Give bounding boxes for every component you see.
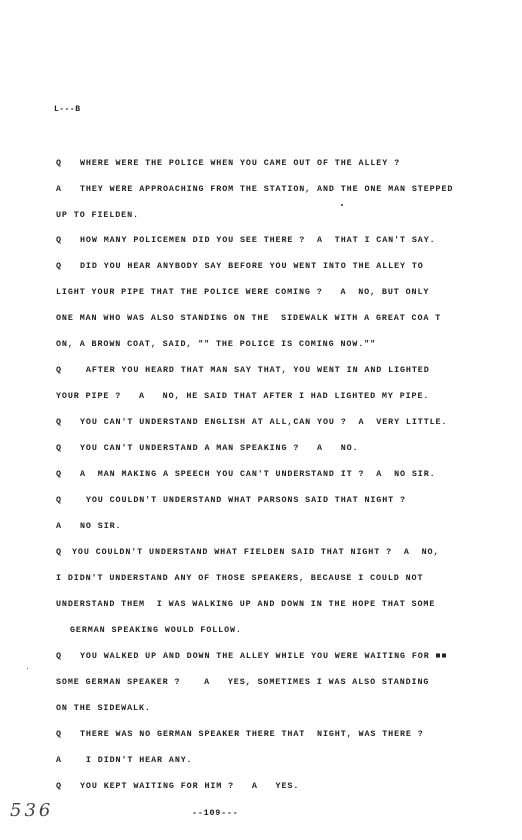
answer-marker: A — [56, 183, 80, 195]
page-header: L---B — [54, 105, 81, 114]
line-text: ONE MAN WHO WAS ALSO STANDING ON THE SID… — [56, 313, 441, 323]
transcript-line: ON, A BROWN COAT, SAID, "" THE POLICE IS… — [56, 338, 376, 350]
question-marker: Q — [56, 442, 80, 454]
transcript-line: ONE MAN WHO WAS ALSO STANDING ON THE SID… — [56, 312, 441, 324]
question-marker: Q — [56, 364, 80, 376]
transcript-line: Q YOU COULDN'T UNDERSTAND WHAT PARSONS S… — [56, 494, 406, 506]
line-text: UNDERSTAND THEM I WAS WALKING UP AND DOW… — [56, 599, 435, 609]
line-text: ON THE SIDEWALK. — [56, 703, 151, 713]
transcript-line: QDID YOU HEAR ANYBODY SAY BEFORE YOU WEN… — [56, 260, 424, 272]
line-text: YOU COULDN'T UNDERSTAND WHAT FIELDEN SAI… — [72, 547, 439, 557]
line-text: YOU CAN'T UNDERSTAND ENGLISH AT ALL,CAN … — [80, 417, 447, 427]
transcript-line: QYOU WALKED UP AND DOWN THE ALLEY WHILE … — [56, 650, 447, 662]
question-marker: Q — [56, 780, 80, 792]
transcript-line: QYOU CAN'T UNDERSTAND A MAN SPEAKING ? A… — [56, 442, 359, 454]
ink-speck — [27, 668, 28, 669]
line-text: THERE WAS NO GERMAN SPEAKER THERE THAT N… — [80, 729, 424, 739]
line-text: I DIDN'T UNDERSTAND ANY OF THOSE SPEAKER… — [56, 573, 423, 583]
transcript-line: ATHEY WERE APPROACHING FROM THE STATION,… — [56, 183, 453, 195]
line-text: YOU WALKED UP AND DOWN THE ALLEY WHILE Y… — [80, 651, 447, 661]
question-marker: Q — [56, 416, 80, 428]
line-text: SOME GERMAN SPEAKER ? A YES, SOMETIMES I… — [56, 677, 429, 687]
ink-speck — [341, 204, 343, 206]
question-marker: Q — [56, 234, 80, 246]
transcript-line: UNDERSTAND THEM I WAS WALKING UP AND DOW… — [56, 598, 435, 610]
line-text: NO SIR. — [80, 521, 121, 531]
transcript-line: ON THE SIDEWALK. — [56, 702, 151, 714]
transcript-line: GERMAN SPEAKING WOULD FOLLOW. — [70, 624, 242, 636]
question-marker: Q — [56, 728, 80, 740]
line-text: I DIDN'T HEAR ANY. — [80, 755, 193, 765]
transcript-line: QA MAN MAKING A SPEECH YOU CAN'T UNDERST… — [56, 468, 436, 480]
line-text: THEY WERE APPROACHING FROM THE STATION, … — [80, 184, 453, 194]
line-text: A MAN MAKING A SPEECH YOU CAN'T UNDERSTA… — [80, 469, 436, 479]
question-marker: Q — [56, 650, 80, 662]
question-marker: Q — [56, 260, 80, 272]
line-text: WHERE WERE THE POLICE WHEN YOU CAME OUT … — [80, 158, 400, 168]
document-page: L---B QWHERE WERE THE POLICE WHEN YOU CA… — [0, 0, 522, 840]
question-marker: Q — [56, 494, 80, 506]
transcript-line: QWHERE WERE THE POLICE WHEN YOU CAME OUT… — [56, 157, 400, 169]
line-text: GERMAN SPEAKING WOULD FOLLOW. — [70, 625, 242, 635]
transcript-line: I DIDN'T UNDERSTAND ANY OF THOSE SPEAKER… — [56, 572, 423, 584]
answer-marker: A — [56, 754, 80, 766]
question-marker: Q — [56, 546, 72, 558]
transcript-line: UP TO FIELDEN. — [56, 209, 139, 221]
answer-marker: A — [56, 520, 80, 532]
line-text: DID YOU HEAR ANYBODY SAY BEFORE YOU WENT… — [80, 261, 424, 271]
line-text: ON, A BROWN COAT, SAID, "" THE POLICE IS… — [56, 339, 376, 349]
transcript-line: ANO SIR. — [56, 520, 121, 532]
line-text: LIGHT YOUR PIPE THAT THE POLICE WERE COM… — [56, 287, 429, 297]
transcript-line: QYOU COULDN'T UNDERSTAND WHAT FIELDEN SA… — [56, 546, 439, 558]
question-marker: Q — [56, 157, 80, 169]
line-text: YOU KEPT WAITING FOR HIM ? A YES. — [80, 781, 299, 791]
line-text: YOU COULDN'T UNDERSTAND WHAT PARSONS SAI… — [80, 495, 406, 505]
line-text: YOUR PIPE ? A NO, HE SAID THAT AFTER I H… — [56, 391, 429, 401]
transcript-line: QTHERE WAS NO GERMAN SPEAKER THERE THAT … — [56, 728, 424, 740]
line-text: YOU CAN'T UNDERSTAND A MAN SPEAKING ? A … — [80, 443, 359, 453]
transcript-line: LIGHT YOUR PIPE THAT THE POLICE WERE COM… — [56, 286, 429, 298]
line-text: AFTER YOU HEARD THAT MAN SAY THAT, YOU W… — [80, 365, 430, 375]
transcript-line: QHOW MANY POLICEMEN DID YOU SEE THERE ? … — [56, 234, 436, 246]
page-number: --109--- — [192, 808, 239, 818]
question-marker: Q — [56, 468, 80, 480]
transcript-line: A I DIDN'T HEAR ANY. — [56, 754, 193, 766]
transcript-line: Q AFTER YOU HEARD THAT MAN SAY THAT, YOU… — [56, 364, 430, 376]
line-text: UP TO FIELDEN. — [56, 210, 139, 220]
handwritten-note: 536 — [10, 800, 53, 821]
line-text: HOW MANY POLICEMEN DID YOU SEE THERE ? A… — [80, 235, 436, 245]
transcript-line: SOME GERMAN SPEAKER ? A YES, SOMETIMES I… — [56, 676, 429, 688]
transcript-line: QYOU KEPT WAITING FOR HIM ? A YES. — [56, 780, 299, 792]
transcript-line: QYOU CAN'T UNDERSTAND ENGLISH AT ALL,CAN… — [56, 416, 447, 428]
transcript-line: YOUR PIPE ? A NO, HE SAID THAT AFTER I H… — [56, 390, 429, 402]
